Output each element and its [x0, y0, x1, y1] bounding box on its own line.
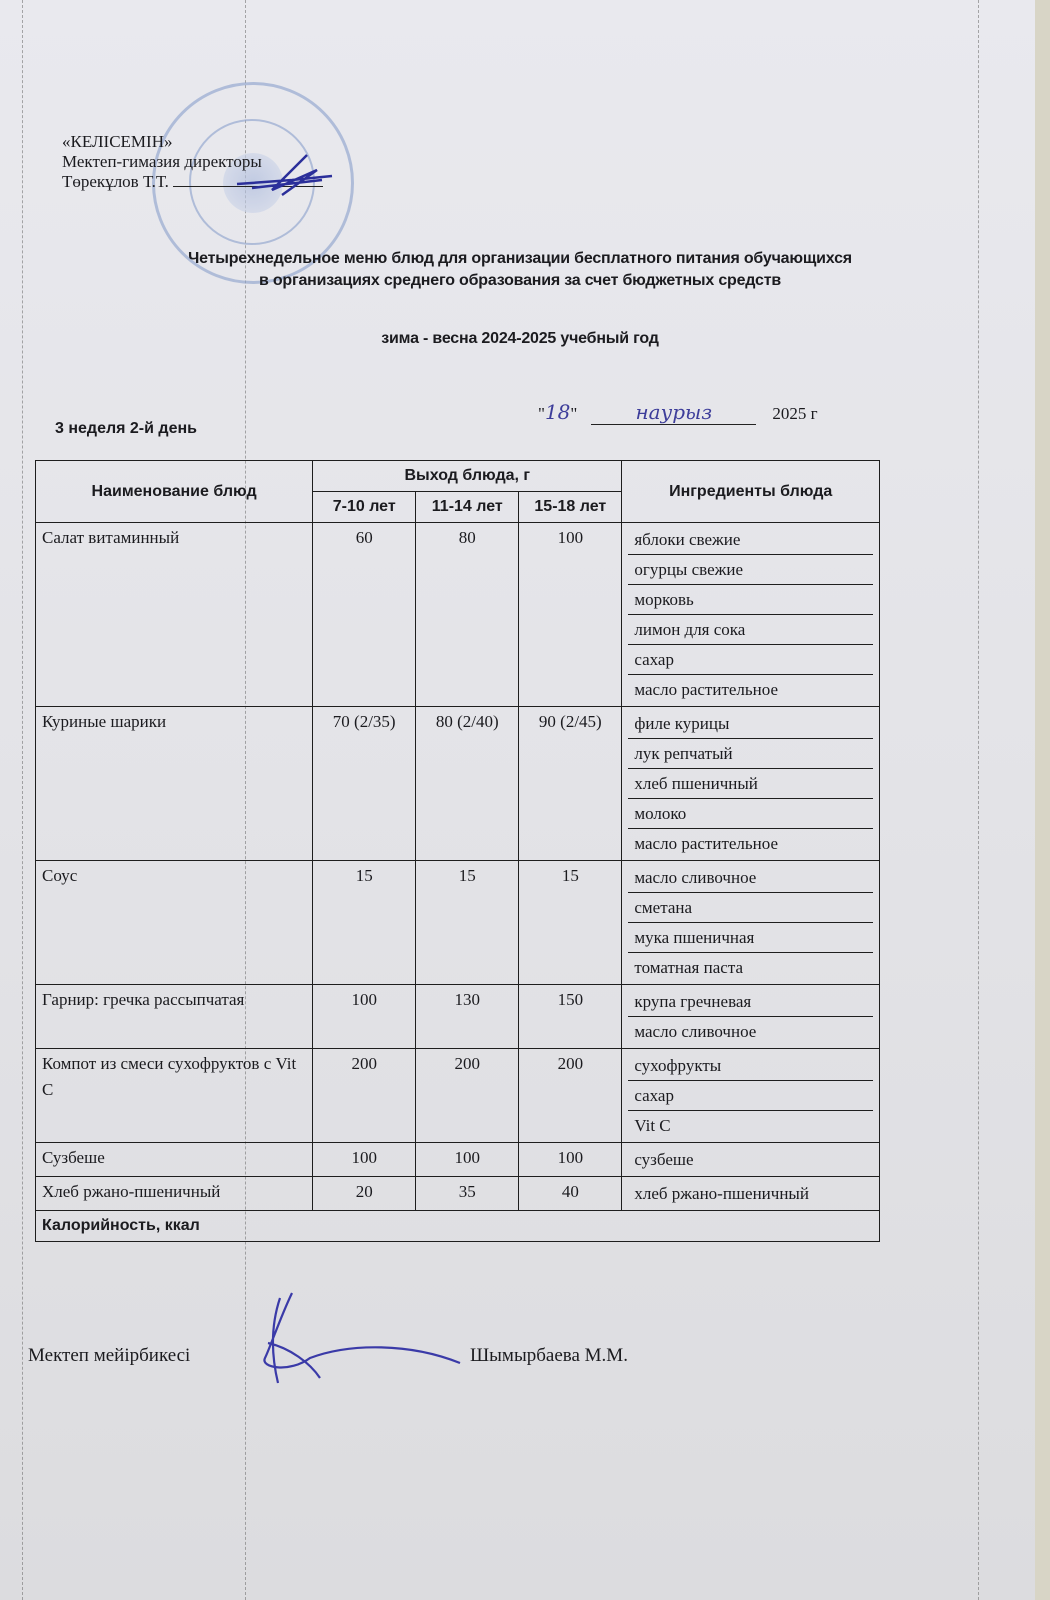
ingredient-item: Vit C — [628, 1111, 873, 1140]
approval-name: Төрекұлов Т.Т. — [62, 172, 169, 191]
dish-name: Хлеб ржано-пшеничный — [36, 1177, 313, 1211]
date-day: 18 — [545, 400, 570, 424]
dish-yield: 200 — [313, 1049, 416, 1143]
week-day-label: 3 неделя 2-й день — [55, 420, 197, 438]
ingredient-item: томатная паста — [628, 953, 873, 982]
ingredient-list: крупа гречневаямасло сливочное — [628, 987, 873, 1046]
ingredient-item: сузбеше — [628, 1145, 873, 1174]
season-label: зима - весна 2024-2025 учебный год — [120, 330, 920, 348]
ingredient-list: сухофруктысахарVit C — [628, 1051, 873, 1140]
ingredient-item: морковь — [628, 585, 873, 615]
ingredient-list: масло сливочноесметанамука пшеничнаятома… — [628, 863, 873, 982]
ingredient-item: масло растительное — [628, 675, 873, 704]
fold-line — [978, 0, 979, 1600]
header-ingredients: Ингредиенты блюда — [622, 461, 880, 523]
table-row: Хлеб ржано-пшеничный203540хлеб ржано-пше… — [36, 1177, 880, 1211]
header-age-11-14: 11-14 лет — [416, 492, 519, 523]
table-row: Гарнир: гречка рассыпчатая100130150крупа… — [36, 985, 880, 1049]
ingredient-item: филе курицы — [628, 709, 873, 739]
ingredient-item: сахар — [628, 1081, 873, 1111]
ingredient-list: филе курицылук репчатыйхлеб пшеничныймол… — [628, 709, 873, 858]
dish-yield: 15 — [313, 861, 416, 985]
ingredient-item: масло сливочное — [628, 863, 873, 893]
date-line: "18" наурыз 2025 г — [538, 400, 818, 425]
document-title-line-1: Четырехнедельное меню блюд для организац… — [120, 250, 920, 268]
dish-ingredients: масло сливочноесметанамука пшеничнаятома… — [622, 861, 880, 985]
ingredient-item: молоко — [628, 799, 873, 829]
ingredient-item: масло сливочное — [628, 1017, 873, 1046]
header-dish-name: Наименование блюд — [36, 461, 313, 523]
dish-yield: 15 — [416, 861, 519, 985]
date-year: 2025 г — [772, 404, 817, 424]
dish-yield: 35 — [416, 1177, 519, 1211]
nurse-signature — [250, 1288, 470, 1388]
ingredient-item: лук репчатый — [628, 739, 873, 769]
document-title-line-2: в организациях среднего образования за с… — [120, 272, 920, 290]
dish-yield: 20 — [313, 1177, 416, 1211]
date-month: наурыз — [591, 400, 756, 425]
dish-yield: 100 — [519, 1143, 622, 1177]
director-signature — [232, 150, 342, 200]
dish-name: Салат витаминный — [36, 523, 313, 707]
ingredient-item: лимон для сока — [628, 615, 873, 645]
ingredient-list: хлеб ржано-пшеничный — [628, 1179, 873, 1208]
table-surface — [1035, 0, 1050, 1600]
dish-yield: 40 — [519, 1177, 622, 1211]
dish-yield: 100 — [313, 1143, 416, 1177]
nurse-name: Шымырбаева М.М. — [470, 1345, 628, 1367]
table-row: Сузбеше100100100сузбеше — [36, 1143, 880, 1177]
ingredient-item: мука пшеничная — [628, 923, 873, 953]
ingredient-item: крупа гречневая — [628, 987, 873, 1017]
ingredient-item: яблоки свежие — [628, 525, 873, 555]
dish-ingredients: крупа гречневаямасло сливочное — [622, 985, 880, 1049]
nurse-role: Мектеп мейірбикесі — [28, 1345, 190, 1367]
dish-ingredients: филе курицылук репчатыйхлеб пшеничныймол… — [622, 707, 880, 861]
dish-ingredients: яблоки свежиеогурцы свежиеморковьлимон д… — [622, 523, 880, 707]
dish-yield: 90 (2/45) — [519, 707, 622, 861]
dish-yield: 100 — [313, 985, 416, 1049]
header-age-15-18: 15-18 лет — [519, 492, 622, 523]
dish-yield: 80 — [416, 523, 519, 707]
dish-yield: 15 — [519, 861, 622, 985]
menu-table: Наименование блюд Выход блюда, г Ингреди… — [35, 460, 880, 1242]
fold-line — [22, 0, 23, 1600]
ingredient-item: сухофрукты — [628, 1051, 873, 1081]
header-yield: Выход блюда, г — [313, 461, 622, 492]
dish-name: Куриные шарики — [36, 707, 313, 861]
dish-name: Гарнир: гречка рассыпчатая — [36, 985, 313, 1049]
table-row: Компот из смеси сухофруктов с Vit C20020… — [36, 1049, 880, 1143]
quote-close: " — [570, 404, 577, 424]
dish-ingredients: сузбеше — [622, 1143, 880, 1177]
ingredient-item: хлеб ржано-пшеничный — [628, 1179, 873, 1208]
dish-yield: 100 — [519, 523, 622, 707]
dish-ingredients: хлеб ржано-пшеничный — [622, 1177, 880, 1211]
approval-heading: «КЕЛІСЕМІН» — [62, 132, 323, 152]
dish-name: Компот из смеси сухофруктов с Vit C — [36, 1049, 313, 1143]
dish-yield: 100 — [416, 1143, 519, 1177]
ingredient-list: яблоки свежиеогурцы свежиеморковьлимон д… — [628, 525, 873, 704]
ingredient-list: сузбеше — [628, 1145, 873, 1174]
dish-yield: 80 (2/40) — [416, 707, 519, 861]
dish-name: Сузбеше — [36, 1143, 313, 1177]
ingredient-item: огурцы свежие — [628, 555, 873, 585]
header-age-7-10: 7-10 лет — [313, 492, 416, 523]
table-row: Соус151515масло сливочноесметанамука пше… — [36, 861, 880, 985]
dish-yield: 60 — [313, 523, 416, 707]
ingredient-item: сметана — [628, 893, 873, 923]
dish-name: Соус — [36, 861, 313, 985]
dish-yield: 200 — [416, 1049, 519, 1143]
ingredient-item: хлеб пшеничный — [628, 769, 873, 799]
quote-open: " — [538, 404, 545, 424]
dish-yield: 130 — [416, 985, 519, 1049]
dish-yield: 150 — [519, 985, 622, 1049]
dish-ingredients: сухофруктысахарVit C — [622, 1049, 880, 1143]
ingredient-item: сахар — [628, 645, 873, 675]
calories-row: Калорийность, ккал — [36, 1211, 880, 1242]
dish-yield: 70 (2/35) — [313, 707, 416, 861]
table-row: Салат витаминный6080100яблоки свежиеогур… — [36, 523, 880, 707]
dish-yield: 200 — [519, 1049, 622, 1143]
table-row: Куриные шарики70 (2/35)80 (2/40)90 (2/45… — [36, 707, 880, 861]
ingredient-item: масло растительное — [628, 829, 873, 858]
